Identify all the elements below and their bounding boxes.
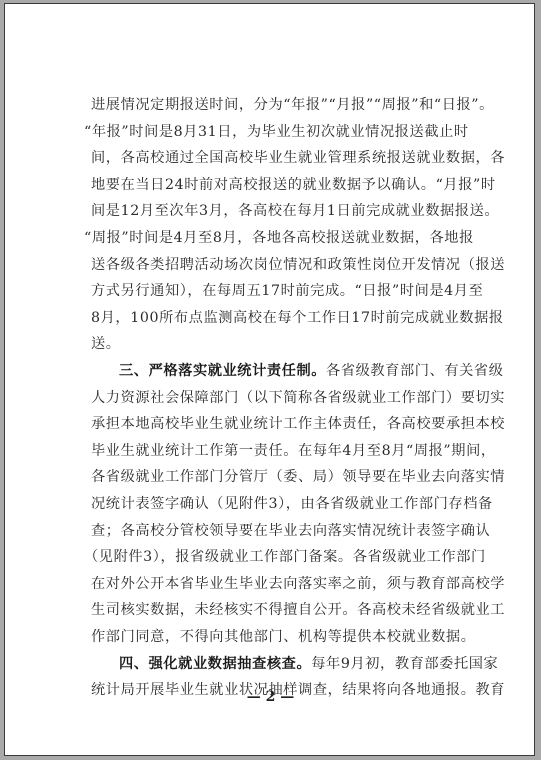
text-line: 在对外公开本省毕业生毕业去向落实率之前，须与教育部高校学 bbox=[91, 575, 463, 593]
section-4-first-line: 四、强化就业数据抽查核查。每年9月初，教育部委托国家 bbox=[119, 655, 463, 673]
section-3-first-line: 三、严格落实就业统计责任制。各省级教育部门、有关省级 bbox=[119, 362, 463, 380]
section-3-heading: 三、严格落实就业统计责任制。 bbox=[119, 363, 326, 379]
text-line: 间，各高校通过全国高校毕业生就业管理系统报送就业数据，各 bbox=[91, 149, 463, 167]
text-line: 人力资源社会保障部门（以下简称各省级就业工作部门）要切实 bbox=[91, 389, 463, 407]
page-number: — 2 — bbox=[5, 689, 536, 705]
text-line: 进展情况定期报送时间，分为“年报”“月报”“周报”和“日报”。 bbox=[91, 96, 463, 114]
section-4-heading: 四、强化就业数据抽查核查。 bbox=[119, 656, 311, 672]
text-line: 生司核实数据，未经核实不得擅自公开。各高校未经省级就业工 bbox=[91, 601, 463, 619]
text-line: 作部门同意，不得向其他部门、机构等提供本校就业数据。 bbox=[91, 628, 463, 646]
document-page: 进展情况定期报送时间，分为“年报”“月报”“周报”和“日报”。 “年报”时间是8… bbox=[4, 3, 535, 756]
text-line: 送各级各类招聘活动场次岗位情况和政策性岗位开发情况（报送 bbox=[91, 256, 463, 274]
text-line: 查；各高校分管校领导要在毕业去向落实情况统计表签字确认 bbox=[91, 522, 463, 540]
text-line: 各省级就业工作部门分管厅（委、局）领导要在毕业去向落实情 bbox=[91, 468, 463, 486]
text-line: 毕业生就业统计工作第一责任。在每年4月至8月“周报”期间， bbox=[91, 442, 463, 460]
text-line: 地要在当日24时前对高校报送的就业数据予以确认。“月报”时 bbox=[91, 176, 463, 194]
text-line: 方式另行通知），在每周五17时前完成。“日报”时间是4月至 bbox=[91, 282, 463, 300]
text-line: 况统计表签字确认（见附件3），由各省级就业工作部门存档备 bbox=[91, 495, 463, 513]
section-3-text: 各省级教育部门、有关省级 bbox=[326, 363, 503, 379]
text-line: 送。 bbox=[91, 335, 463, 353]
text-line: 间是12月至次年3月，各高校在每月1日前完成就业数据报送。 bbox=[91, 202, 463, 220]
text-line: 承担本地高校毕业生就业统计工作主体责任，各高校要承担本校 bbox=[91, 415, 463, 433]
text-line: “年报”时间是8月31日，为毕业生初次就业情况报送截止时 bbox=[84, 123, 463, 141]
text-line: （见附件3），报省级就业工作部门备案。各省级就业工作部门 bbox=[84, 548, 463, 566]
text-line: “周报”时间是4月至8月，各地各高校报送就业数据，各地报 bbox=[84, 229, 463, 247]
section-4-text: 每年9月初，教育部委托国家 bbox=[311, 656, 498, 672]
text-line: 8月，100所布点监测高校在每个工作日17时前完成就业数据报 bbox=[91, 309, 463, 327]
